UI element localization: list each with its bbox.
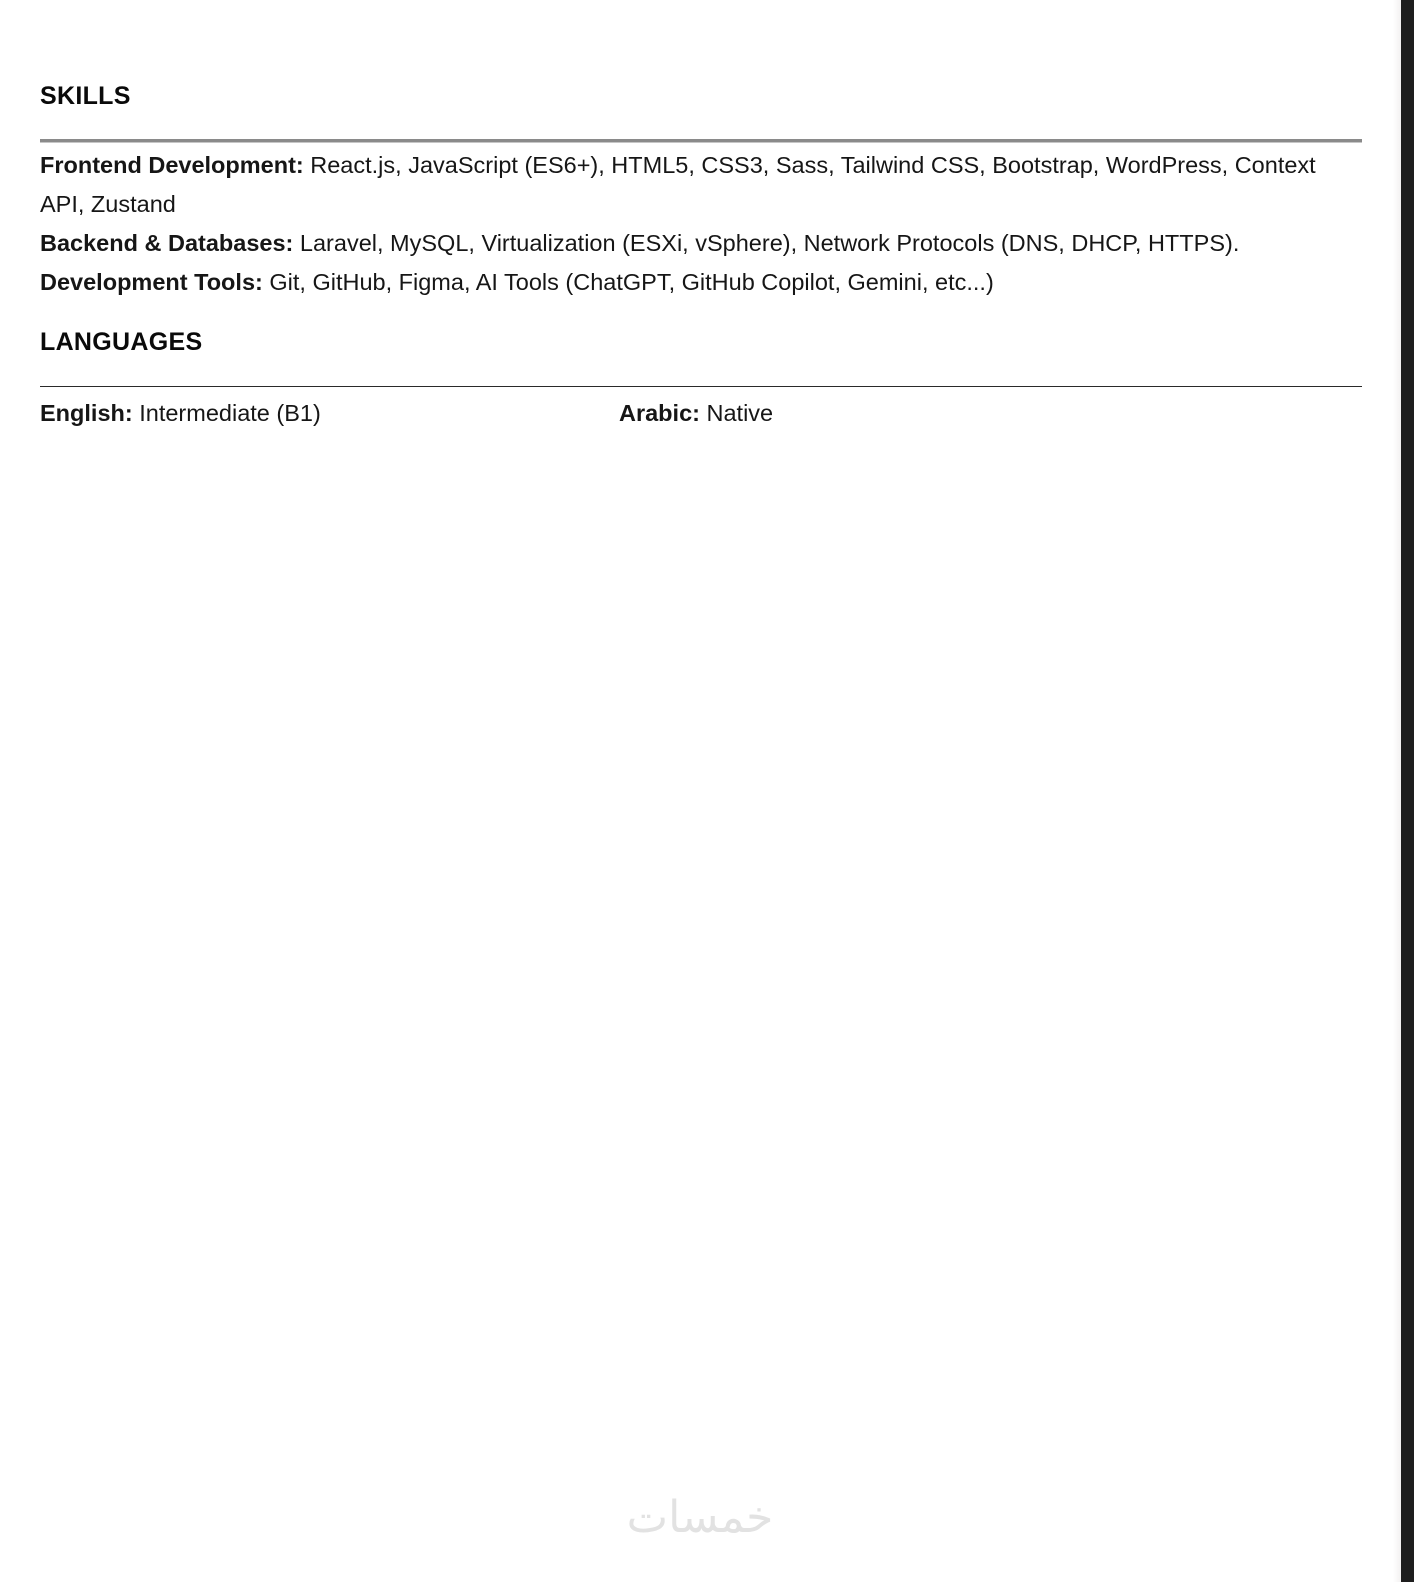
skill-label: Frontend Development:	[40, 152, 304, 178]
skills-divider	[40, 139, 1362, 143]
skills-list: Frontend Development: React.js, JavaScri…	[40, 146, 1362, 302]
skill-label: Development Tools:	[40, 269, 263, 295]
language-label: English:	[40, 400, 133, 426]
document-page: SKILLS Frontend Development: React.js, J…	[0, 0, 1400, 1582]
skill-value: Laravel, MySQL, Virtualization (ESXi, vS…	[293, 230, 1239, 256]
skill-row-tools: Development Tools: Git, GitHub, Figma, A…	[40, 263, 1362, 302]
skill-label: Backend & Databases:	[40, 230, 293, 256]
language-english: English: Intermediate (B1)	[40, 396, 321, 430]
viewer-background-edge	[1401, 0, 1414, 1582]
language-arabic: Arabic: Native	[619, 396, 773, 430]
page-edge-shadow	[1393, 0, 1401, 1582]
skill-value: Git, GitHub, Figma, AI Tools (ChatGPT, G…	[263, 269, 994, 295]
skills-heading: SKILLS	[40, 82, 131, 111]
language-label: Arabic:	[619, 400, 700, 426]
languages-heading: LANGUAGES	[40, 328, 202, 357]
language-level: Intermediate (B1)	[133, 400, 321, 426]
language-level: Native	[700, 400, 773, 426]
watermark-logo: خمسات	[600, 1490, 800, 1546]
languages-divider	[40, 386, 1362, 387]
skill-row-frontend: Frontend Development: React.js, JavaScri…	[40, 146, 1362, 224]
skill-row-backend: Backend & Databases: Laravel, MySQL, Vir…	[40, 224, 1362, 263]
